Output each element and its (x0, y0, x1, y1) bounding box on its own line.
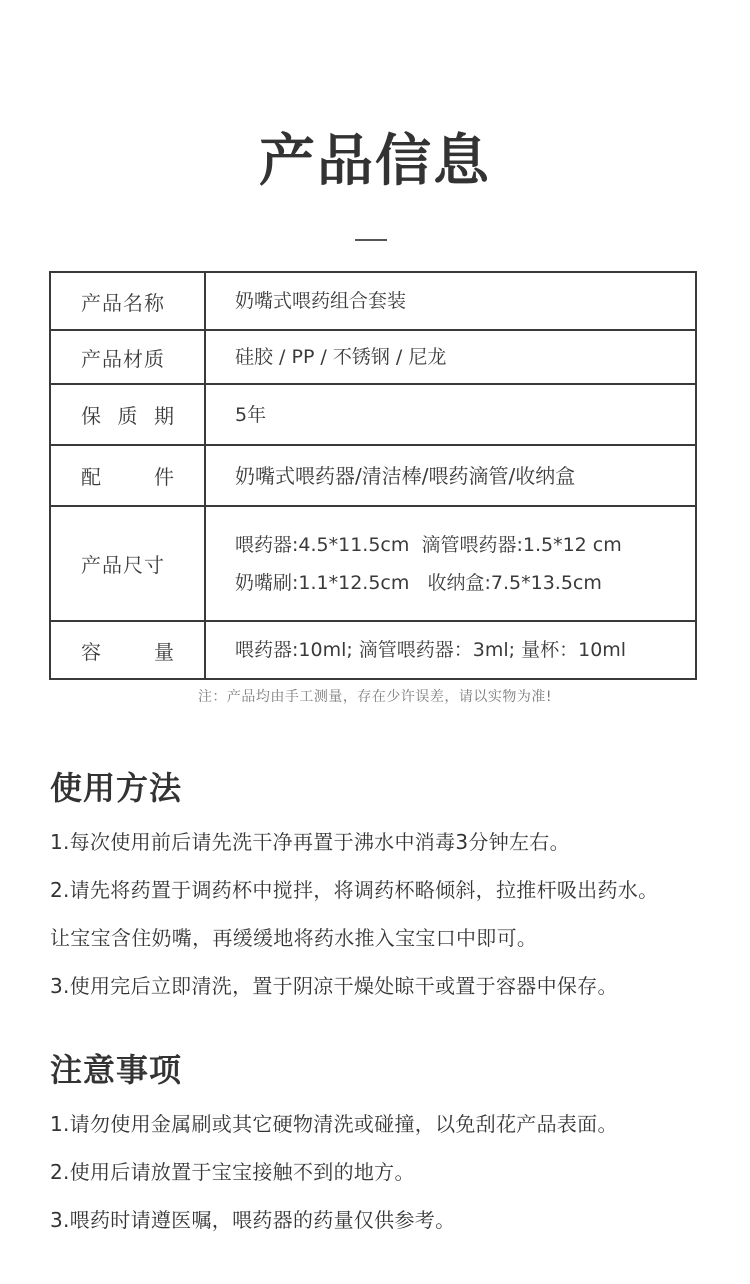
section-heading: 使用方法 (50, 766, 740, 810)
value-line: 5年 (235, 396, 695, 434)
label-char: 保 (81, 400, 102, 429)
value-line: 喂药器:10ml; 滴管喂药器：3ml; 量杯：10ml (235, 631, 695, 669)
row-label: 产品名称 (50, 272, 205, 330)
label-char: 期 (154, 400, 175, 429)
row-label: 容 量 (50, 621, 205, 679)
row-value: 奶嘴式喂药组合套装 (205, 272, 696, 330)
usage-section: 使用方法 1.每次使用前后请先洗干净再置于沸水中消毒3分钟左右。 2.请先将药置… (50, 766, 740, 1010)
table-row-accessories: 配 件 奶嘴式喂药器/清洁棒/喂药滴管/收纳盒 (50, 445, 696, 506)
title-divider (355, 239, 387, 241)
row-value: 硅胶 / PP / 不锈钢 / 尼龙 (205, 330, 696, 384)
notice-item: 1.请勿使用金属刷或其它硬物清洗或碰撞，以免刮花产品表面。 (50, 1100, 740, 1148)
notice-section: 注意事项 1.请勿使用金属刷或其它硬物清洗或碰撞，以免刮花产品表面。 2.使用后… (50, 1048, 740, 1244)
notice-item: 3.喂药时请遵医嘱，喂药器的药量仅供参考。 (50, 1196, 740, 1244)
row-value: 喂药器:4.5*11.5cm 滴管喂药器:1.5*12 cm 奶嘴刷:1.1*1… (205, 506, 696, 621)
row-label: 配 件 (50, 445, 205, 506)
page-title: 产品信息 (0, 124, 750, 200)
table-row-shelf-life: 保 质 期 5年 (50, 384, 696, 445)
label-char: 容 (81, 636, 102, 665)
label-char: 质 (118, 400, 139, 429)
value-line: 奶嘴刷:1.1*12.5cm 收纳盒:7.5*13.5cm (235, 564, 695, 602)
row-label: 保 质 期 (50, 384, 205, 445)
notice-item: 2.使用后请放置于宝宝接触不到的地方。 (50, 1148, 740, 1196)
usage-item: 3.使用完后立即清洗，置于阴凉干燥处晾干或置于容器中保存。 (50, 962, 740, 1010)
label-char: 量 (154, 636, 175, 665)
usage-item: 1.每次使用前后请先洗干净再置于沸水中消毒3分钟左右。 (50, 818, 740, 866)
row-label: 产品材质 (50, 330, 205, 384)
label-char: 件 (154, 461, 175, 490)
section-heading: 注意事项 (50, 1048, 740, 1092)
table-row-dimensions: 产品尺寸 喂药器:4.5*11.5cm 滴管喂药器:1.5*12 cm 奶嘴刷:… (50, 506, 696, 621)
table-row-product-name: 产品名称 奶嘴式喂药组合套装 (50, 272, 696, 330)
value-line: 奶嘴式喂药器/清洁棒/喂药滴管/收纳盒 (235, 457, 695, 495)
product-spec-table: 产品名称 奶嘴式喂药组合套装 产品材质 硅胶 / PP / 不锈钢 / 尼龙 保… (49, 271, 697, 680)
value-line: 奶嘴式喂药组合套装 (235, 282, 695, 320)
value-line: 喂药器:4.5*11.5cm 滴管喂药器:1.5*12 cm (235, 526, 695, 564)
measurement-note: 注：产品均由手工测量，存在少许误差，请以实物为准! (0, 686, 750, 706)
row-value: 5年 (205, 384, 696, 445)
label-char: 配 (81, 461, 102, 490)
value-line: 硅胶 / PP / 不锈钢 / 尼龙 (235, 338, 695, 376)
row-label: 产品尺寸 (50, 506, 205, 621)
table-row-capacity: 容 量 喂药器:10ml; 滴管喂药器：3ml; 量杯：10ml (50, 621, 696, 679)
row-value: 喂药器:10ml; 滴管喂药器：3ml; 量杯：10ml (205, 621, 696, 679)
table-row-material: 产品材质 硅胶 / PP / 不锈钢 / 尼龙 (50, 330, 696, 384)
row-value: 奶嘴式喂药器/清洁棒/喂药滴管/收纳盒 (205, 445, 696, 506)
usage-item: 2.请先将药置于调药杯中搅拌，将调药杯略倾斜，拉推杆吸出药水。 (50, 866, 740, 914)
usage-item: 让宝宝含住奶嘴，再缓缓地将药水推入宝宝口中即可。 (50, 914, 740, 962)
